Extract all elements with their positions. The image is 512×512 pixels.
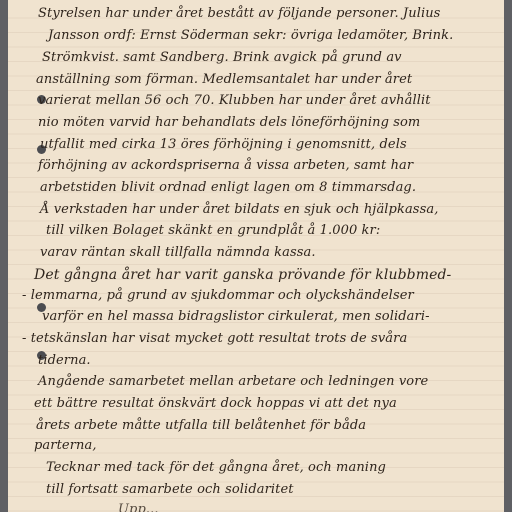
text-line: till vilken Bolaget skänkt en grundplåt … bbox=[46, 223, 380, 238]
document-page: Styrelsen har under året bestått av följ… bbox=[8, 0, 504, 512]
text-line: nio möten varvid har behandlats dels lön… bbox=[38, 115, 420, 130]
text-line: Tecknar med tack för det gångna året, oc… bbox=[46, 460, 386, 475]
text-line: - tetskänslan har visat mycket gott resu… bbox=[22, 331, 407, 346]
text-line: förhöjning av ackordspriserna å vissa ar… bbox=[38, 158, 413, 173]
text-line: årets arbete måtte utfalla till belåtenh… bbox=[36, 418, 366, 433]
text-line: till fortsatt samarbete och solidaritet bbox=[46, 482, 294, 497]
text-line: varav räntan skall tillfalla nämnda kass… bbox=[40, 245, 316, 260]
text-line: - lemmarna, på grund av sjukdommar och o… bbox=[22, 288, 414, 303]
text-line: Jansson ordf: Ernst Söderman sekr: övrig… bbox=[48, 28, 453, 43]
text-line: Å verkstaden har under året bildats en s… bbox=[40, 202, 438, 217]
text-line: varför en hel massa bidragslistor cirkul… bbox=[42, 309, 430, 324]
text-line: ett bättre resultat önskvärt dock hoppas… bbox=[34, 396, 397, 411]
text-line: tiderna. bbox=[38, 353, 91, 368]
text-line: arbetstiden blivit ordnad enligt lagen o… bbox=[40, 180, 416, 195]
text-line: Strömkvist. samt Sandberg. Brink avgick … bbox=[42, 50, 402, 65]
text-line: parterna, bbox=[34, 438, 97, 453]
text-line: varierat mellan 56 och 70. Klubben har u… bbox=[38, 93, 431, 108]
text-line: utfallit med cirka 13 öres förhöjning i … bbox=[40, 137, 407, 152]
text-line: anställning som förman. Medlemsantalet h… bbox=[36, 72, 412, 87]
text-line: Det gångna året har varit ganska prövand… bbox=[34, 267, 451, 283]
text-line: Styrelsen har under året bestått av följ… bbox=[38, 6, 440, 21]
text-line: Upp... bbox=[118, 502, 159, 512]
text-line: Angående samarbetet mellan arbetare och … bbox=[38, 374, 428, 389]
